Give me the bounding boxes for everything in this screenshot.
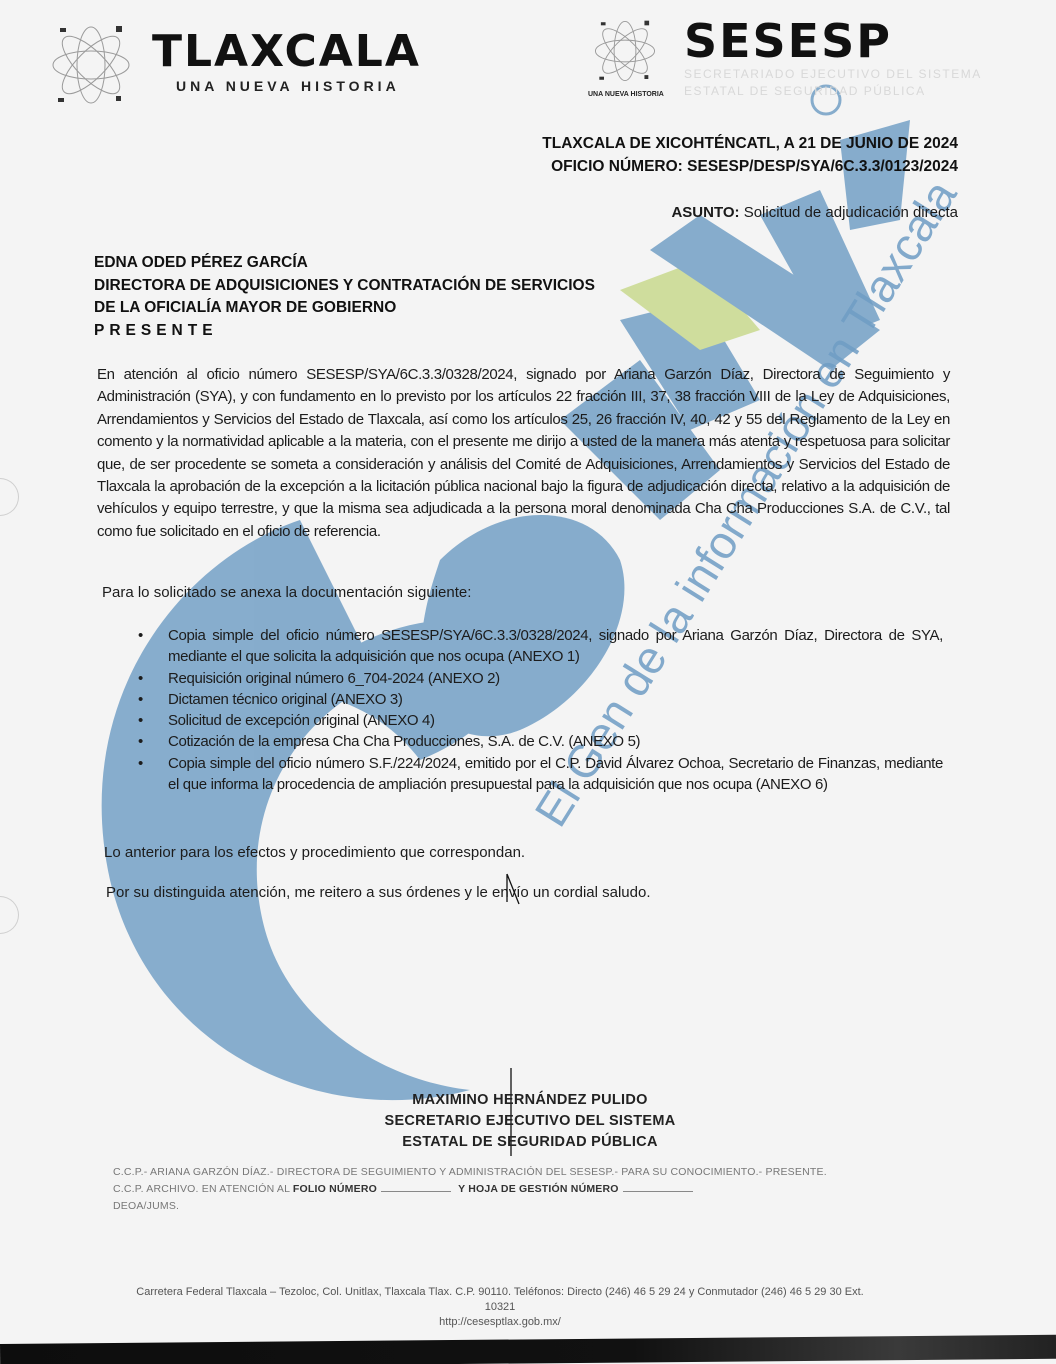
subject-text: Solicitud de adjudicación directa (744, 204, 958, 221)
footer-url[interactable]: http://cesesptlax.gob.mx/ (80, 1315, 920, 1330)
mouse-cursor-icon (505, 872, 521, 906)
footer-address: Carretera Federal Tlaxcala – Tezoloc, Co… (80, 1285, 920, 1300)
annex-item: Cotización de la empresa Cha Cha Producc… (138, 731, 943, 752)
sesesp-logo-title: SESESP (684, 14, 892, 68)
signer-name: MAXIMINO HERNÁNDEZ PULIDO (300, 1090, 760, 1111)
hoja-blank (623, 1191, 693, 1192)
ccp-block: C.C.P.- ARIANA GARZÓN DÍAZ.- DIRECTORA D… (113, 1164, 827, 1215)
tlaxcala-logo-title: TLAXCALA (152, 26, 421, 77)
signer-title-2: ESTATAL DE SEGURIDAD PÚBLICA (300, 1132, 760, 1153)
ccp-line-1: C.C.P.- ARIANA GARZÓN DÍAZ.- DIRECTORA D… (113, 1164, 827, 1181)
annex-intro: Para lo solicitado se anexa la documenta… (102, 582, 471, 604)
place-date: TLAXCALA DE XICOHTÉNCATL, A 21 DE JUNIO … (542, 135, 958, 153)
ccp-line-2: C.C.P. ARCHIVO. EN ATENCIÓN AL FOLIO NÚM… (113, 1181, 827, 1198)
sesesp-logo-caption: UNA NUEVA HISTORIA (588, 91, 664, 98)
closing-line-1: Lo anterior para los efectos y procedimi… (104, 842, 525, 864)
annex-item: Requisición original número 6_704-2024 (… (138, 668, 943, 689)
tlaxcala-logo-subtitle: UNA NUEVA HISTORIA (176, 78, 400, 94)
closing-line-2: Por su distinguida atención, me reitero … (106, 882, 650, 904)
subject-label: ASUNTO: (671, 204, 739, 221)
recipient-block: EDNA ODED PÉREZ GARCÍA DIRECTORA DE ADQU… (94, 252, 595, 342)
scan-edge-shadow (0, 1335, 1056, 1364)
footer-extension: 10321 (80, 1300, 920, 1315)
annex-item: Dictamen técnico original (ANEXO 3) (138, 689, 943, 710)
signature-block: MAXIMINO HERNÁNDEZ PULIDO SECRETARIO EJE… (300, 1090, 760, 1153)
sesesp-flower-emblem-icon (590, 14, 660, 88)
annex-item: Copia simple del oficio número S.F./224/… (138, 753, 943, 796)
recipient-title-1: DIRECTORA DE ADQUISICIONES Y CONTRATACIÓ… (94, 275, 595, 298)
tlaxcala-flower-emblem-icon (46, 20, 136, 110)
sesesp-logo-subtitle-2: ESTATAL DE SEGURIDAD PÚBLICA (684, 84, 926, 98)
annex-item: Copia simple del oficio número SESESP/SY… (138, 625, 943, 668)
annex-list: Copia simple del oficio número SESESP/SY… (138, 625, 943, 795)
ccp-initials: DEOA/JUMS. (113, 1198, 827, 1215)
recipient-title-2: DE LA OFICIALÍA MAYOR DE GOBIERNO (94, 297, 595, 320)
folio-blank (381, 1191, 451, 1192)
recipient-presente: PRESENTE (94, 320, 595, 343)
sesesp-logo-subtitle-1: SECRETARIADO EJECUTIVO DEL SISTEMA (684, 67, 982, 81)
recipient-name: EDNA ODED PÉREZ GARCÍA (94, 252, 595, 275)
body-paragraph: En atención al oficio número SESESP/SYA/… (97, 364, 950, 543)
footer: Carretera Federal Tlaxcala – Tezoloc, Co… (80, 1285, 920, 1330)
office-number: OFICIO NÚMERO: SESESP/DESP/SYA/6C.3.3/01… (551, 158, 958, 176)
annex-item: Solicitud de excepción original (ANEXO 4… (138, 710, 943, 731)
subject-line: ASUNTO: Solicitud de adjudicación direct… (671, 204, 958, 221)
signer-title-1: SECRETARIO EJECUTIVO DEL SISTEMA (300, 1111, 760, 1132)
